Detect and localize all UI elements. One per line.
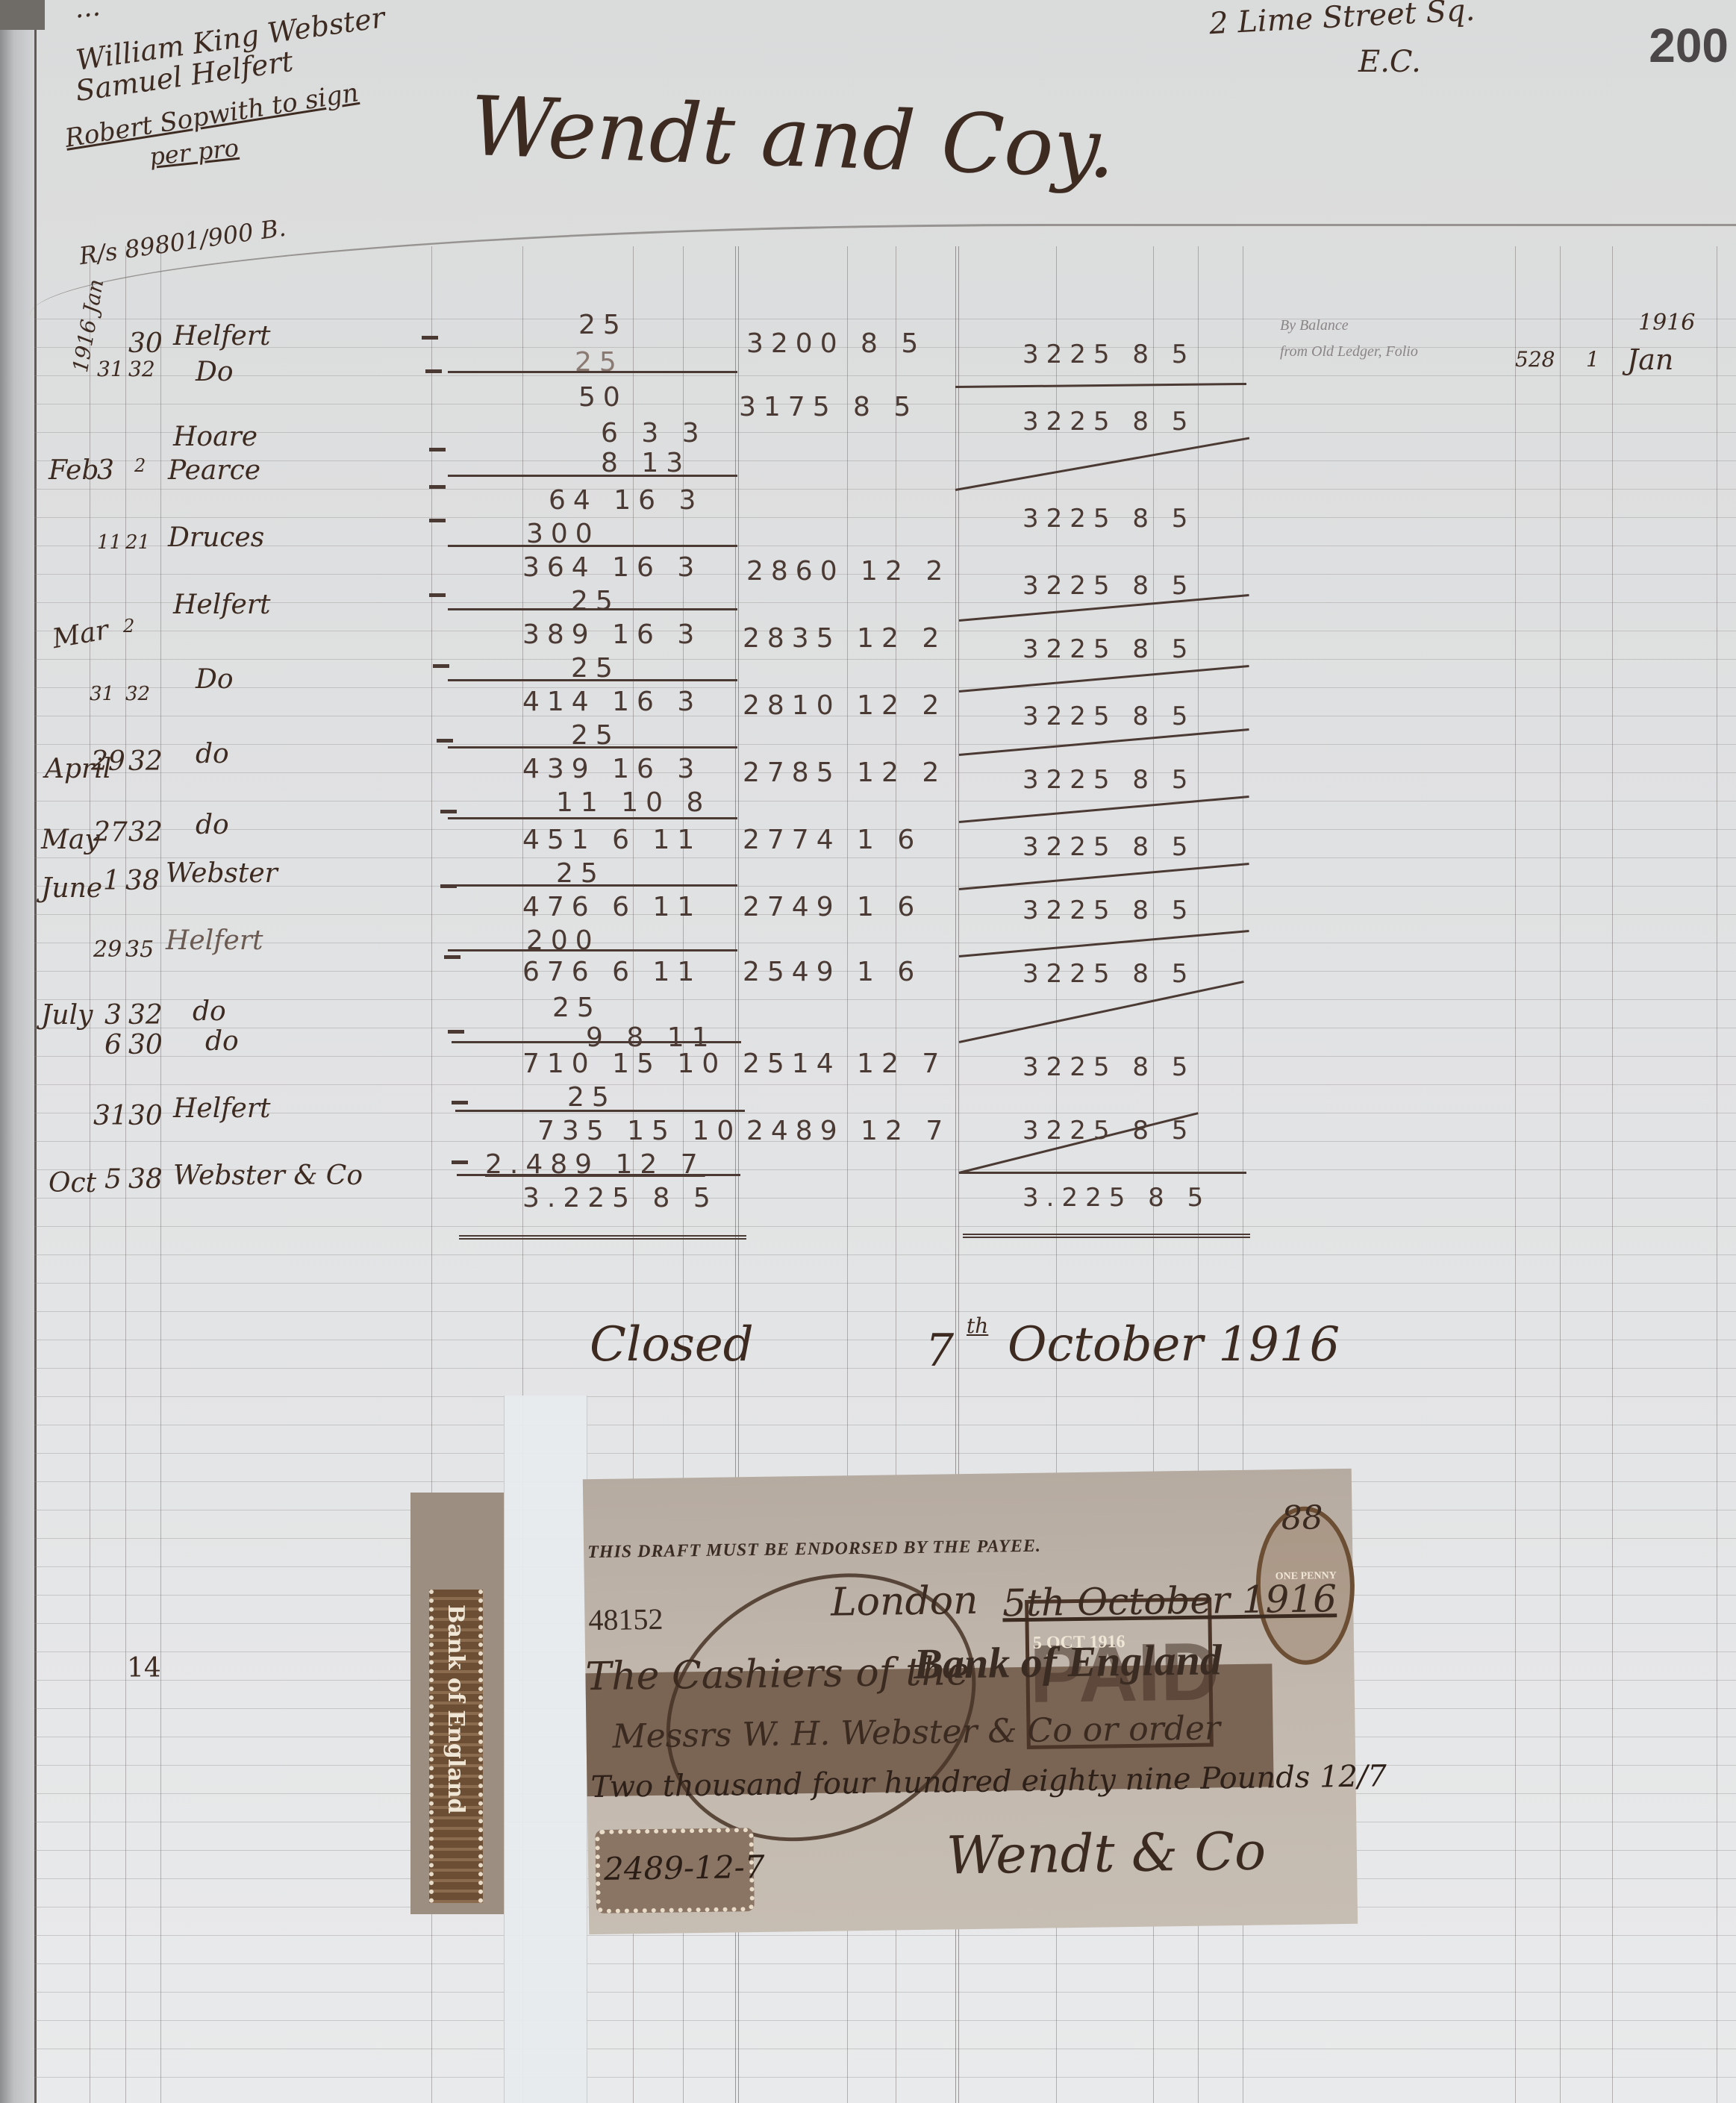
tick-mark xyxy=(425,369,442,373)
credit-month: Jan xyxy=(1627,343,1673,376)
entry-name: Do xyxy=(196,357,234,387)
tick-mark xyxy=(429,519,446,522)
entry-day: 31 xyxy=(93,1101,128,1131)
subtotal-rule xyxy=(448,608,737,610)
credit-balance: 3225 8 5 xyxy=(1022,340,1195,369)
running-balance: 3175 8 5 xyxy=(739,392,918,422)
entry-folio: 21 xyxy=(125,531,150,554)
entry-name: do xyxy=(193,996,226,1027)
column-rule-edge xyxy=(1717,246,1717,2103)
entry-folio: 38 xyxy=(128,1164,163,1195)
debit-amount: 439 16 3 xyxy=(522,754,702,784)
entry-name: Hoare xyxy=(173,422,257,452)
page-corner-shadow xyxy=(0,0,45,30)
signatory-0: ... xyxy=(73,0,102,25)
debit-amount: 389 16 3 xyxy=(522,619,702,650)
entry-day: 11 xyxy=(97,531,122,554)
running-balance: 2774 1 6 xyxy=(743,825,922,855)
entry-folio: 32 xyxy=(125,683,150,705)
tick-mark xyxy=(452,1160,468,1164)
closing-ordinal: th xyxy=(967,1313,988,1338)
credit-balance: 3225 8 5 xyxy=(1022,504,1195,534)
cheque-corner-mark: 88 xyxy=(1281,1499,1323,1537)
debit-amount: 25 xyxy=(567,1082,616,1113)
running-balance: 2860 12 2 xyxy=(746,556,950,587)
running-balance: 2810 12 2 xyxy=(743,690,946,721)
debit-amount: 25 xyxy=(571,586,620,616)
entry-day: 3 xyxy=(97,455,114,486)
total-rule xyxy=(457,1174,740,1176)
running-balance: 2835 12 2 xyxy=(743,623,946,654)
debit-amount: 8 13 xyxy=(601,448,690,478)
credit-balance: 3225 8 5 xyxy=(1022,571,1195,601)
running-balance: 2489 12 7 xyxy=(746,1116,950,1146)
entry-folio: 32 xyxy=(128,1000,163,1031)
debit-amount: 414 16 3 xyxy=(522,687,702,717)
debit-amount: 25 xyxy=(578,310,628,340)
margin-note: 14 xyxy=(127,1653,161,1684)
entry-month: July xyxy=(41,1000,93,1031)
entry-name: do xyxy=(205,1026,239,1057)
tick-mark xyxy=(433,664,449,668)
entry-folio: 38 xyxy=(125,866,160,896)
subtotal-rule xyxy=(448,817,737,819)
entry-month: Oct xyxy=(49,1168,96,1199)
running-balance: 3200 8 5 xyxy=(746,328,925,359)
debit-amount: 451 6 11 xyxy=(522,825,702,855)
credit-balance: 3225 8 5 xyxy=(1022,1052,1195,1082)
column-rule-credit-day xyxy=(1560,246,1561,2103)
entry-day: 29 xyxy=(93,937,122,963)
tick-mark xyxy=(444,955,460,959)
entry-day: 6 xyxy=(104,1030,122,1060)
tick-mark xyxy=(437,739,453,743)
debit-amount: 710 15 10 xyxy=(522,1049,726,1079)
debit-amount: 676 6 11 xyxy=(522,957,702,987)
entry-folio: 30 xyxy=(128,1101,163,1131)
column-rule-day xyxy=(125,246,126,2103)
closing-day: 7 xyxy=(925,1325,954,1377)
cheque-place: London xyxy=(831,1578,978,1625)
credit-balance: 3225 8 5 xyxy=(1022,765,1195,795)
tick-mark xyxy=(452,1101,468,1104)
entry-day: 5 xyxy=(104,1164,122,1195)
entry-day: 2 xyxy=(123,616,134,637)
debit-amount: 6 3 3 xyxy=(601,418,707,449)
entry-folio: 2 xyxy=(134,455,146,476)
debit-total: 3.225 8 5 xyxy=(522,1183,718,1213)
entry-name: do xyxy=(196,810,229,840)
tick-mark xyxy=(429,485,446,489)
credit-year: 1916 xyxy=(1638,310,1695,336)
subtotal-rule xyxy=(448,371,737,373)
closing-date: October 1916 xyxy=(1008,1317,1340,1372)
cheque-signature: Wendt & Co xyxy=(946,1820,1266,1886)
entry-name: Webster & Co xyxy=(173,1160,363,1191)
cheque-serial: 48152 xyxy=(588,1602,664,1637)
debit-amount: 11 10 8 xyxy=(556,787,711,818)
column-rule-credit-folio xyxy=(1515,246,1516,2103)
running-balance: 2549 1 6 xyxy=(743,957,922,987)
entry-name: Do xyxy=(196,664,234,695)
cheque-amount-figure: 2489-12-7 xyxy=(604,1849,765,1887)
entry-name: Helfert xyxy=(166,925,263,956)
credit-folio: 528 xyxy=(1515,347,1555,372)
tick-mark xyxy=(440,810,457,813)
debit-amount: 364 16 3 xyxy=(522,552,702,583)
entry-name: Helfert xyxy=(173,321,271,351)
entry-name: Helfert xyxy=(173,1093,271,1124)
subtotal-rule xyxy=(452,1041,741,1043)
total-rule xyxy=(959,1172,1246,1174)
cheque-date: 5th October 1916 xyxy=(1002,1577,1337,1625)
adhesive-tape xyxy=(504,1396,587,2103)
subtotal-rule xyxy=(448,679,737,681)
entry-folio: 32 xyxy=(128,817,163,848)
entry-folio: 30 xyxy=(128,1030,163,1060)
tick-mark xyxy=(422,336,438,340)
entry-month: June xyxy=(41,873,102,904)
entry-month: May xyxy=(41,825,100,855)
entry-day: 1 xyxy=(103,866,120,896)
entry-name: Webster xyxy=(166,858,278,889)
debit-amount: 476 6 11 xyxy=(522,892,702,922)
entry-folio: 35 xyxy=(125,937,154,963)
entry-month: Feb xyxy=(49,455,99,486)
running-balance: 2785 12 2 xyxy=(743,757,946,788)
entry-name: Druces xyxy=(168,522,264,553)
credit-balance: 3225 8 5 xyxy=(1022,634,1195,664)
entry-day: 27 xyxy=(93,817,128,848)
credit-balance: 3225 8 5 xyxy=(1022,832,1195,862)
total-double-rule xyxy=(459,1235,746,1240)
entry-day: 31 xyxy=(97,357,124,381)
credit-balance: 3225 8 5 xyxy=(1022,896,1195,925)
tick-mark xyxy=(429,593,446,597)
tick-mark xyxy=(429,448,446,451)
subtotal-rule xyxy=(448,884,737,887)
closing-word: Closed xyxy=(590,1317,754,1372)
entry-name: Pearce xyxy=(168,455,260,486)
subtotal-rule xyxy=(448,746,737,749)
entry-folio: 32 xyxy=(128,357,155,381)
subtotal-rule xyxy=(448,545,737,547)
folio-number: 200 xyxy=(1649,18,1729,73)
running-balance: 2749 1 6 xyxy=(743,892,922,922)
signatory-4: per pro xyxy=(148,134,240,171)
credit-balance: 3225 8 5 xyxy=(1022,959,1195,989)
entry-day: 29 xyxy=(91,746,125,777)
tick-mark xyxy=(448,1030,464,1034)
bank-draft: ONE PENNY PAID 5 OCT 1916 THIS DRAFT MUS… xyxy=(583,1469,1358,1934)
credit-day: 1 xyxy=(1586,347,1599,372)
credit-total: 3.225 8 5 xyxy=(1022,1183,1211,1213)
address-line-2: E.C. xyxy=(1358,45,1421,79)
credit-balance: 3225 8 5 xyxy=(1022,701,1195,731)
subtotal-rule xyxy=(448,949,737,951)
account-title: Wendt and Coy. xyxy=(469,78,1117,196)
counterfoil-text: Bank of England xyxy=(434,1604,469,1888)
ledger-page: ... William King Webster Samuel Helfert … xyxy=(0,0,1736,2103)
running-balance: 2514 12 7 xyxy=(743,1049,946,1079)
cheque-amount-box: 2489-12-7 xyxy=(595,1828,755,1913)
column-rule-credit-month xyxy=(1612,246,1613,2103)
debit-amount: 50 xyxy=(578,382,628,413)
total-double-rule xyxy=(963,1234,1250,1238)
debit-amount: 25 xyxy=(552,993,602,1023)
debit-amount: 735 15 10 xyxy=(537,1116,741,1146)
entry-day: 3 xyxy=(104,1000,122,1031)
printed-label-old-ledger: from Old Ledger, Folio xyxy=(1280,343,1418,360)
entry-folio: 32 xyxy=(128,746,163,777)
cheque-bank-name: Bank of England xyxy=(914,1634,1222,1689)
entry-day: 31 xyxy=(90,683,114,705)
address-line-1: 2 Lime Street Sq. xyxy=(1208,0,1476,41)
entry-name: do xyxy=(196,739,229,769)
endorsement-notice: THIS DRAFT MUST BE ENDORSED BY THE PAYEE… xyxy=(587,1537,1041,1563)
subtotal-rule xyxy=(455,1110,745,1112)
cheque-addressee: The Cashiers of the xyxy=(585,1649,970,1699)
subtotal-rule xyxy=(448,475,737,477)
entry-day: 30 xyxy=(128,328,163,359)
printed-label-by-balance: By Balance xyxy=(1280,317,1349,334)
debit-amount: 64 16 3 xyxy=(549,485,703,516)
credit-balance: 3225 8 5 xyxy=(1022,407,1195,437)
entry-name: Helfert xyxy=(173,590,271,620)
